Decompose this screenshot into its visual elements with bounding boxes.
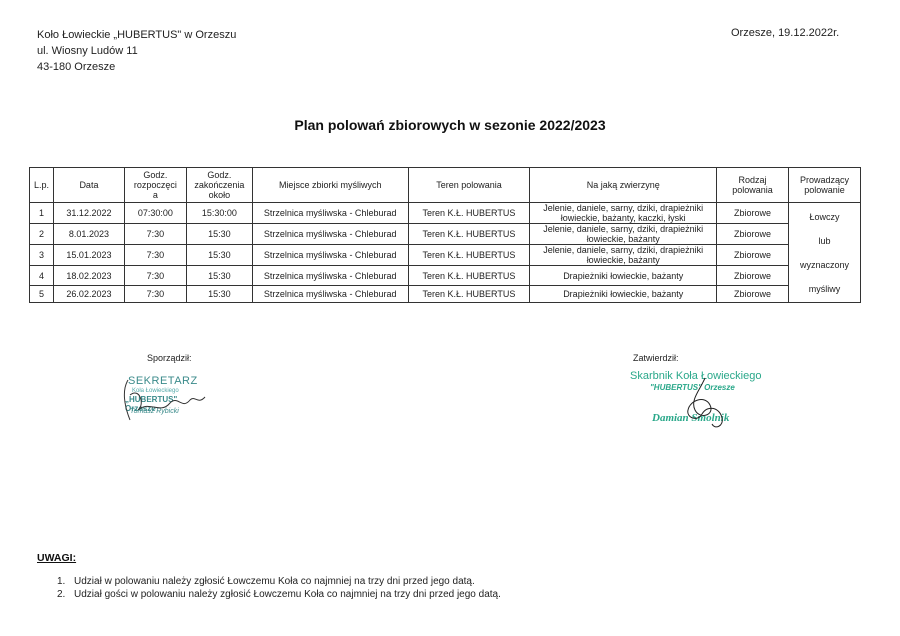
cell-end: 15:30 (186, 266, 252, 286)
cell-place: Strzelnica myśliwska - Chleburad (252, 224, 408, 245)
cell-game: Jelenie, daniele, sarny, dziki, drapieżn… (530, 245, 717, 266)
col-hunt-type: Rodzaj polowania (717, 168, 789, 203)
cell-game: Drapieżniki łowieckie, bażanty (530, 286, 717, 303)
org-postal: 43-180 Orzesze (37, 59, 236, 75)
secretary-stamp: SEKRETARZ Koła Łowieckiego „HUBERTUS" Or… (120, 375, 210, 425)
cell-place: Strzelnica myśliwska - Chleburad (252, 245, 408, 266)
col-game: Na jaką zwierzynę (530, 168, 717, 203)
cell-start: 7:30 (124, 224, 186, 245)
cell-place: Strzelnica myśliwska - Chleburad (252, 203, 408, 224)
cell-lp: 2 (30, 224, 54, 245)
table-row: 28.01.20237:3015:30Strzelnica myśliwska … (30, 224, 861, 245)
cell-start: 7:30 (124, 266, 186, 286)
cell-start: 7:30 (124, 245, 186, 266)
cell-area: Teren K.Ł. HUBERTUS (408, 203, 530, 224)
col-start-time: Godz. rozpoczęci a (124, 168, 186, 203)
note-item: 1.Udział w polowaniu należy zgłosić Łowc… (57, 575, 501, 588)
cell-end: 15:30:00 (186, 203, 252, 224)
cell-lp: 4 (30, 266, 54, 286)
organization-address: Koło Łowieckie „HUBERTUS" w Orzeszu ul. … (37, 27, 236, 75)
cell-type: Zbiorowe (717, 224, 789, 245)
cell-type: Zbiorowe (717, 266, 789, 286)
table-row: 315.01.20237:3015:30Strzelnica myśliwska… (30, 245, 861, 266)
cell-type: Zbiorowe (717, 245, 789, 266)
notes-heading: UWAGI: (37, 552, 76, 564)
cell-date: 15.01.2023 (53, 245, 124, 266)
col-date: Data (53, 168, 124, 203)
cell-area: Teren K.Ł. HUBERTUS (408, 245, 530, 266)
col-hunting-area: Teren polowania (408, 168, 530, 203)
cell-game: Jelenie, daniele, sarny, dziki, drapieżn… (530, 203, 717, 224)
note-item: 2.Udział gości w polowaniu należy zgłosi… (57, 588, 501, 601)
signature-left-icon (120, 375, 210, 425)
cell-place: Strzelnica myśliwska - Chleburad (252, 266, 408, 286)
cell-date: 26.02.2023 (53, 286, 124, 303)
cell-end: 15:30 (186, 286, 252, 303)
col-end-time: Godz. zakończenia około (186, 168, 252, 203)
cell-game: Jelenie, daniele, sarny, dziki, drapieżn… (530, 224, 717, 245)
notes-list: 1.Udział w polowaniu należy zgłosić Łowc… (57, 575, 501, 601)
document-title: Plan polowań zbiorowych w sezonie 2022/2… (0, 117, 900, 133)
cell-game: Drapieżniki łowieckie, bażanty (530, 266, 717, 286)
cell-date: 18.02.2023 (53, 266, 124, 286)
cell-place: Strzelnica myśliwska - Chleburad (252, 286, 408, 303)
cell-end: 15:30 (186, 224, 252, 245)
col-leader: Prowadzący polowanie (788, 168, 860, 203)
cell-date: 8.01.2023 (53, 224, 124, 245)
cell-leader: Łowczylubwyznaczonymyśliwy (788, 203, 860, 303)
cell-area: Teren K.Ł. HUBERTUS (408, 286, 530, 303)
cell-area: Teren K.Ł. HUBERTUS (408, 266, 530, 286)
treasurer-stamp: Skarbnik Koła Łowieckiego "HUBERTUS" Orz… (630, 370, 780, 430)
approved-by-label: Zatwierdził: (633, 353, 679, 363)
table-row: 131.12.202207:30:0015:30:00Strzelnica my… (30, 203, 861, 224)
cell-lp: 5 (30, 286, 54, 303)
org-street: ul. Wiosny Ludów 11 (37, 43, 236, 59)
col-meeting-place: Miejsce zbiorki myśliwych (252, 168, 408, 203)
cell-date: 31.12.2022 (53, 203, 124, 224)
signature-right-icon (630, 370, 780, 430)
prepared-by-label: Sporządził: (147, 353, 192, 363)
table-row: 526.02.20237:3015:30Strzelnica myśliwska… (30, 286, 861, 303)
cell-type: Zbiorowe (717, 286, 789, 303)
cell-type: Zbiorowe (717, 203, 789, 224)
col-lp: L.p. (30, 168, 54, 203)
hunt-plan-table: L.p. Data Godz. rozpoczęci a Godz. zakoń… (29, 167, 861, 303)
cell-start: 07:30:00 (124, 203, 186, 224)
org-name: Koło Łowieckie „HUBERTUS" w Orzeszu (37, 27, 236, 43)
cell-start: 7:30 (124, 286, 186, 303)
cell-end: 15:30 (186, 245, 252, 266)
cell-lp: 3 (30, 245, 54, 266)
cell-area: Teren K.Ł. HUBERTUS (408, 224, 530, 245)
table-header-row: L.p. Data Godz. rozpoczęci a Godz. zakoń… (30, 168, 861, 203)
cell-lp: 1 (30, 203, 54, 224)
table-row: 418.02.20237:3015:30Strzelnica myśliwska… (30, 266, 861, 286)
place-date: Orzesze, 19.12.2022r. (731, 27, 839, 39)
